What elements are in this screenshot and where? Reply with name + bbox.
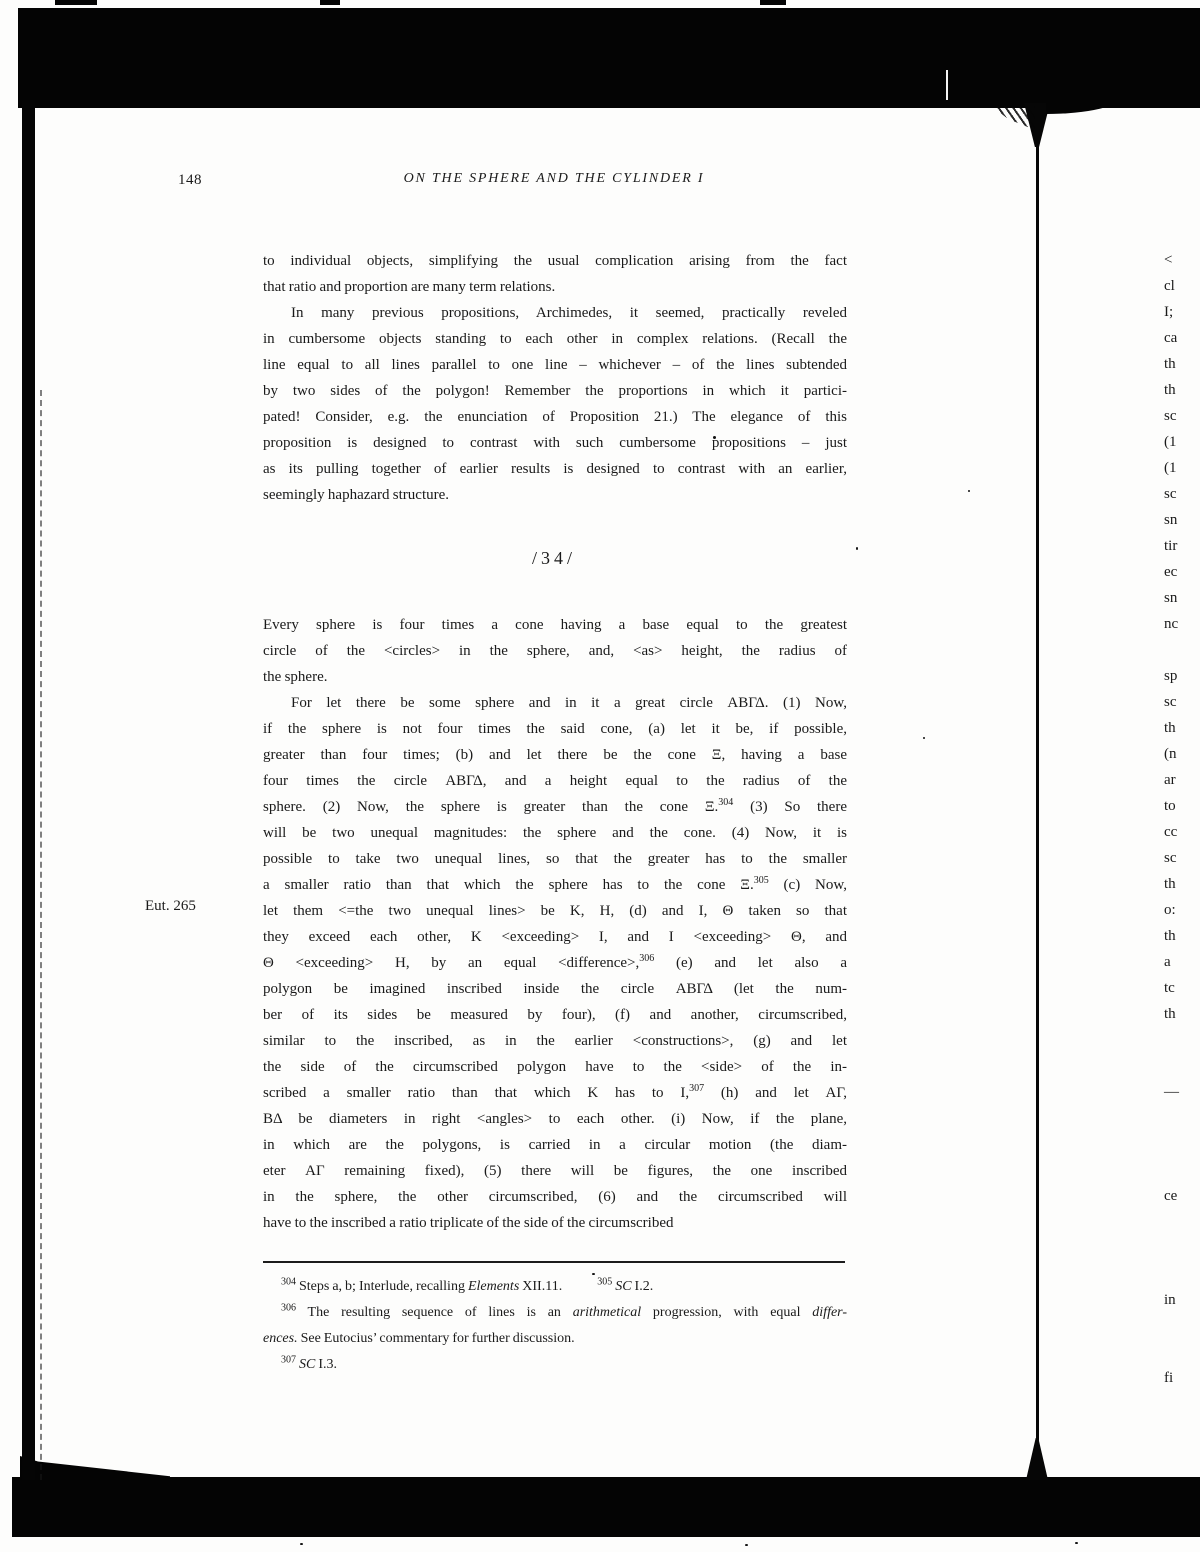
text-line: 307 SC I.3. (263, 1352, 847, 1378)
text-line: th (1164, 377, 1200, 403)
text-line: tc (1164, 975, 1200, 1001)
text-line (1164, 1131, 1200, 1157)
text-line: polygon be imagined inscribed inside the… (263, 976, 847, 1002)
scanned-book-page: 148 ON THE SPHERE AND THE CYLINDER I to … (0, 0, 1200, 1552)
text-line: they exceed each other, K <exceeding> I,… (263, 924, 847, 950)
text-line: th (1164, 923, 1200, 949)
text-line: cc (1164, 819, 1200, 845)
text-line: th (1164, 1001, 1200, 1027)
text-line: in which are the polygons, is carried in… (263, 1132, 847, 1158)
text-line: have to the inscribed a ratio triplicate… (263, 1210, 847, 1236)
book-gutter-line (1036, 105, 1039, 1480)
text-line: cl (1164, 273, 1200, 299)
scan-speck (968, 490, 970, 492)
text-line: — (1164, 1079, 1200, 1105)
text-line: pated! Consider, e.g. the enunciation of… (263, 404, 847, 430)
text-line: sc (1164, 481, 1200, 507)
text-line: to (1164, 793, 1200, 819)
text-line: the sphere. (263, 664, 847, 690)
text-line: I; (1164, 299, 1200, 325)
text-line: ec (1164, 559, 1200, 585)
scan-speck (745, 1544, 748, 1546)
text-line: in the sphere, the other circumscribed, … (263, 1184, 847, 1210)
scan-border-bottom-wedge (20, 1456, 170, 1478)
text-line: let them <=the two unequal lines> be K, … (263, 898, 847, 924)
text-line: four times the circle ΑΒΓΔ, and a height… (263, 768, 847, 794)
text-line (1164, 1339, 1200, 1365)
margin-note-eutocius: Eut. 265 (145, 898, 196, 915)
text-line: ΒΔ be diameters in right <angles> to eac… (263, 1106, 847, 1132)
text-line: nc (1164, 611, 1200, 637)
text-line: th (1164, 351, 1200, 377)
text-line: a smaller ratio than that which the sphe… (263, 872, 847, 898)
text-line: circle of the <circles> in the sphere, a… (263, 638, 847, 664)
text-line: < (1164, 247, 1200, 273)
text-line: ar (1164, 767, 1200, 793)
text-line: In many previous propositions, Archimede… (263, 300, 847, 326)
text-line: th (1164, 715, 1200, 741)
proposition-number: /34/ (263, 548, 845, 569)
text-line: eter ΑΓ remaining fixed), (5) there will… (263, 1158, 847, 1184)
text-line: sp (1164, 663, 1200, 689)
text-line: possible to take two unequal lines, so t… (263, 846, 847, 872)
facing-page-curl-shadow (1046, 96, 1122, 114)
scan-speck (300, 1543, 303, 1545)
gutter-flare-bottom (1026, 1438, 1048, 1480)
text-line: in cumbersome objects standing to each o… (263, 326, 847, 352)
text-line: Every sphere is four times a cone having… (263, 612, 847, 638)
text-line: ca (1164, 325, 1200, 351)
text-line (1164, 1313, 1200, 1339)
text-line (1164, 1261, 1200, 1287)
text-line: will be two unequal magnitudes: the sphe… (263, 820, 847, 846)
scan-artifact (760, 0, 786, 5)
text-line: in (1164, 1287, 1200, 1313)
text-line: th (1164, 871, 1200, 897)
scan-speck (856, 547, 858, 550)
scan-speck (1075, 1542, 1078, 1544)
text-line: (1 (1164, 455, 1200, 481)
text-line: sn (1164, 507, 1200, 533)
text-line: greater than four times; (b) and let the… (263, 742, 847, 768)
scan-artifact (320, 0, 340, 5)
footnotes: 304 Steps a, b; Interlude, recalling Ele… (263, 1274, 847, 1378)
binding-shadow-dashed-line (40, 390, 42, 1480)
text-line: (1 (1164, 429, 1200, 455)
text-line: sn (1164, 585, 1200, 611)
page-curl-hatch (991, 106, 1035, 130)
text-line: 306 The resulting sequence of lines is a… (263, 1300, 847, 1326)
text-line: proposition is designed to contrast with… (263, 430, 847, 456)
page-number: 148 (178, 172, 202, 189)
text-line: that ratio and proportion are many term … (263, 274, 847, 300)
scan-border-top (18, 8, 1200, 108)
text-line: scribed a smaller ratio than that which … (263, 1080, 847, 1106)
text-line: Θ <exceeding> H, by an equal <difference… (263, 950, 847, 976)
text-line: fi (1164, 1365, 1200, 1391)
text-line (1164, 1209, 1200, 1235)
text-line: sc (1164, 403, 1200, 429)
text-line: a (1164, 949, 1200, 975)
text-line: 304 Steps a, b; Interlude, recalling Ele… (263, 1274, 847, 1300)
text-line: (n (1164, 741, 1200, 767)
scan-border-bottom (12, 1477, 1200, 1537)
text-line: ce (1164, 1183, 1200, 1209)
proposition-text: Every sphere is four times a cone having… (263, 612, 847, 1236)
text-line (1164, 1235, 1200, 1261)
text-line: sc (1164, 689, 1200, 715)
scan-artifact (55, 0, 97, 5)
scan-speck (923, 737, 925, 739)
text-line (1164, 1157, 1200, 1183)
text-line: tir (1164, 533, 1200, 559)
text-line: the side of the circumscribed polygon ha… (263, 1054, 847, 1080)
intro-paragraphs: to individual objects, simplifying the u… (263, 248, 847, 508)
text-line: by two sides of the polygon! Remember th… (263, 378, 847, 404)
running-title: ON THE SPHERE AND THE CYLINDER I (263, 171, 845, 187)
scan-edge-bar-left (22, 100, 35, 1480)
text-line: similar to the inscribed, as in the earl… (263, 1028, 847, 1054)
text-line: o: (1164, 897, 1200, 923)
text-line: line equal to all lines parallel to one … (263, 352, 847, 378)
text-line: to individual objects, simplifying the u… (263, 248, 847, 274)
text-line: if the sphere is not four times the said… (263, 716, 847, 742)
footnote-rule (263, 1261, 845, 1263)
text-line: sphere. (2) Now, the sphere is greater t… (263, 794, 847, 820)
text-line: ber of its sides be measured by four), (… (263, 1002, 847, 1028)
text-line (1164, 1027, 1200, 1053)
text-line (1164, 1053, 1200, 1079)
text-line: seemingly haphazard structure. (263, 482, 847, 508)
text-line (1164, 1105, 1200, 1131)
text-line: ences. See Eutocius’ commentary for furt… (263, 1326, 847, 1352)
text-line (1164, 637, 1200, 663)
text-line: For let there be some sphere and in it a… (263, 690, 847, 716)
text-line: sc (1164, 845, 1200, 871)
facing-page-text-fragments: <clI;caththsc(1(1scsntirecsnnc spscth(na… (1164, 247, 1200, 1391)
text-line: as its pulling together of earlier resul… (263, 456, 847, 482)
scan-artifact (946, 70, 948, 100)
